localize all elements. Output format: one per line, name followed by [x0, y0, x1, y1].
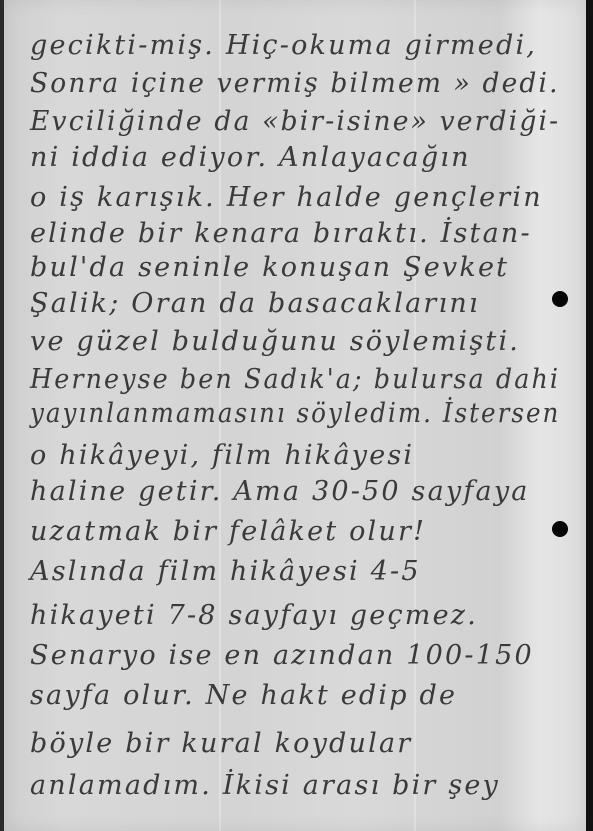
handwritten-line: hikayeti 7-8 sayfayı geçmez. [30, 600, 478, 631]
handwritten-line: Herneyse ben Sadık'a; bulursa dahi [30, 364, 560, 395]
handwritten-line: bul'da seninle konuşan Şevket [30, 252, 509, 283]
punch-hole [552, 291, 568, 307]
handwritten-line: böyle bir kural koydular [30, 728, 412, 759]
handwritten-line: o iş karışık. Her halde gençlerin [30, 182, 543, 213]
handwritten-line: Şalik; Oran da basacaklarını [30, 288, 480, 319]
letter-page: gecikti-miş. Hiç-okuma girmedi, Sonra iç… [4, 0, 586, 831]
handwritten-line: Senaryo ise en azından 100-150 [30, 640, 534, 671]
handwritten-line: Evciliğinde da «bir-isine» verdiği- [30, 106, 560, 137]
handwritten-line: elinde bir kenara bıraktı. İstan- [30, 218, 532, 249]
handwritten-line: gecikti-miş. Hiç-okuma girmedi, [30, 30, 537, 61]
punch-hole [552, 521, 568, 537]
handwritten-line: ve güzel bulduğunu söylemişti. [30, 326, 520, 357]
handwritten-line: haline getir. Ama 30-50 sayfaya [30, 476, 530, 507]
handwritten-line: sayfa olur. Ne hakt edip de [30, 680, 457, 711]
scan-edge [586, 0, 593, 831]
handwritten-line: o hikâyeyi, film hikâyesi [30, 440, 414, 471]
handwritten-line: Sonra içine vermiş bilmem » dedi. [30, 68, 560, 99]
handwritten-line: ni iddia ediyor. Anlayacağın [30, 142, 471, 173]
handwritten-line: yayınlanmamasını söyledim. İstersen [30, 398, 560, 429]
handwritten-line: Aslında film hikâyesi 4-5 [30, 556, 421, 587]
handwritten-line: anlamadım. İkisi arası bir şey [30, 770, 500, 801]
handwritten-line: uzatmak bir felâket olur! [30, 516, 426, 547]
